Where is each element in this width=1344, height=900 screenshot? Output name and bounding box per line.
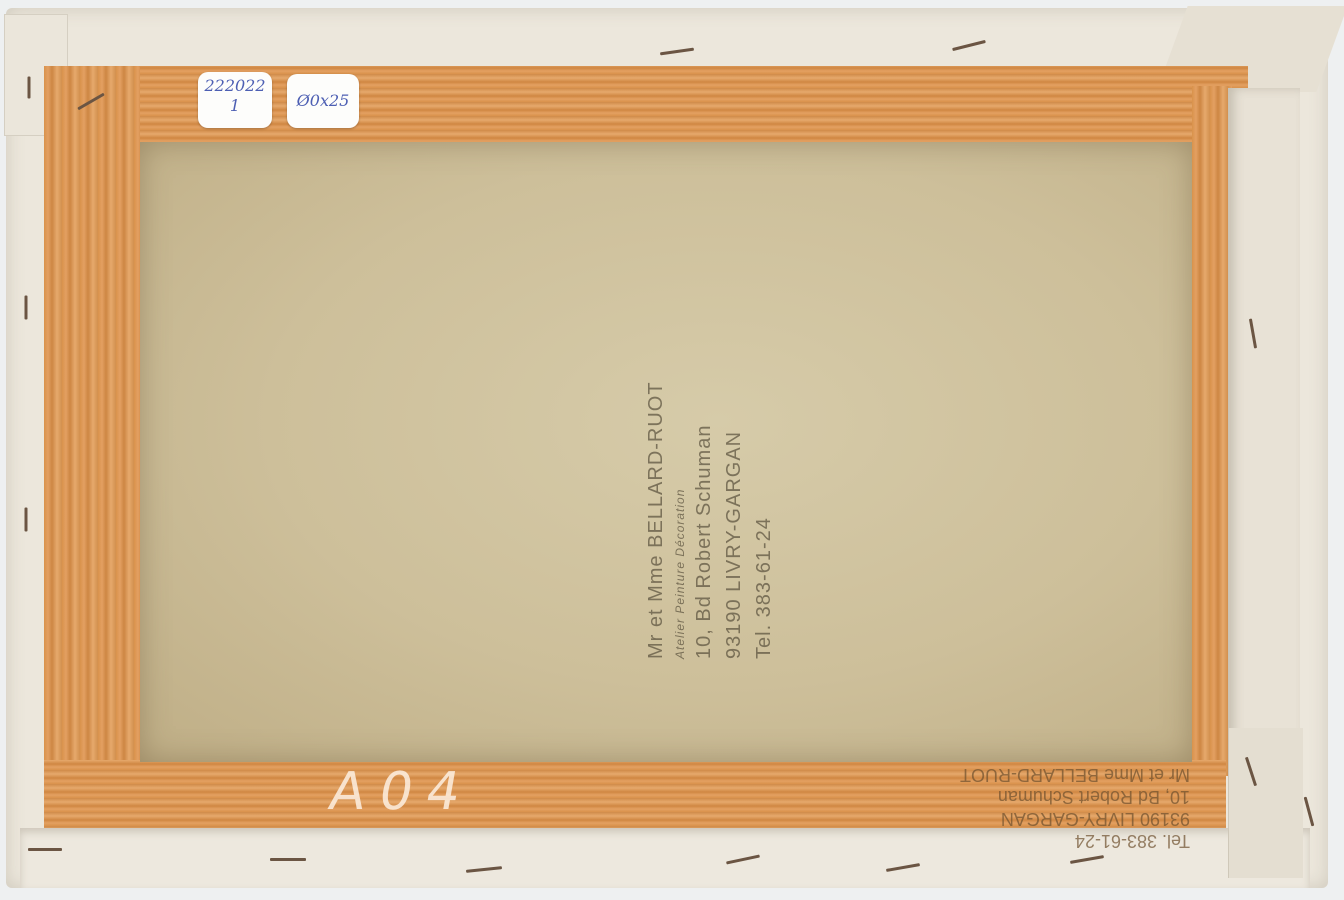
- inventory-label: 222022 1: [198, 72, 272, 128]
- stamp-name: Mr et Mme BELLARD-RUOT: [641, 239, 671, 659]
- stretcher-bar-left: [44, 66, 140, 854]
- stamp-bar-street: 10, Bd Robert Schuman: [590, 786, 1190, 808]
- staple: [25, 296, 28, 320]
- stamp-bar-phone: Tel. 383-61-24: [590, 830, 1190, 852]
- chalk-mark: A04: [325, 762, 479, 822]
- size-label: Ø0x25: [287, 74, 359, 128]
- corner-flap-bottom-right: [1228, 728, 1303, 878]
- staple: [28, 848, 62, 851]
- staple: [25, 508, 28, 532]
- inventory-suffix: 1: [198, 96, 272, 116]
- stamp-city: 93190 LIVRY-GARGAN: [719, 239, 749, 659]
- stamp-bar-name: Mr et Mme BELLARD-RUOT: [590, 764, 1190, 786]
- staple: [28, 77, 31, 99]
- inventory-number: 222022: [198, 76, 272, 96]
- staple: [270, 858, 306, 861]
- stamp-street: 10, Bd Robert Schuman: [689, 239, 719, 659]
- framer-stamp: Mr et Mme BELLARD-RUOT Atelier Peinture …: [641, 239, 779, 659]
- size-text: Ø0x25: [297, 91, 350, 110]
- canvas-back-photo: 222022 1 Ø0x25 Mr et Mme BELLARD-RUOT At…: [0, 0, 1344, 900]
- stamp-phone: Tel. 383-61-24: [749, 239, 779, 659]
- stamp-bar-city: 93190 LIVRY-GARGAN: [590, 808, 1190, 830]
- stamp-trade: Atelier Peinture Décoration: [671, 239, 689, 659]
- framer-stamp-bar: Tel. 383-61-24 93190 LIVRY-GARGAN 10, Bd…: [590, 764, 1190, 852]
- stretcher-bar-right: [1192, 86, 1232, 776]
